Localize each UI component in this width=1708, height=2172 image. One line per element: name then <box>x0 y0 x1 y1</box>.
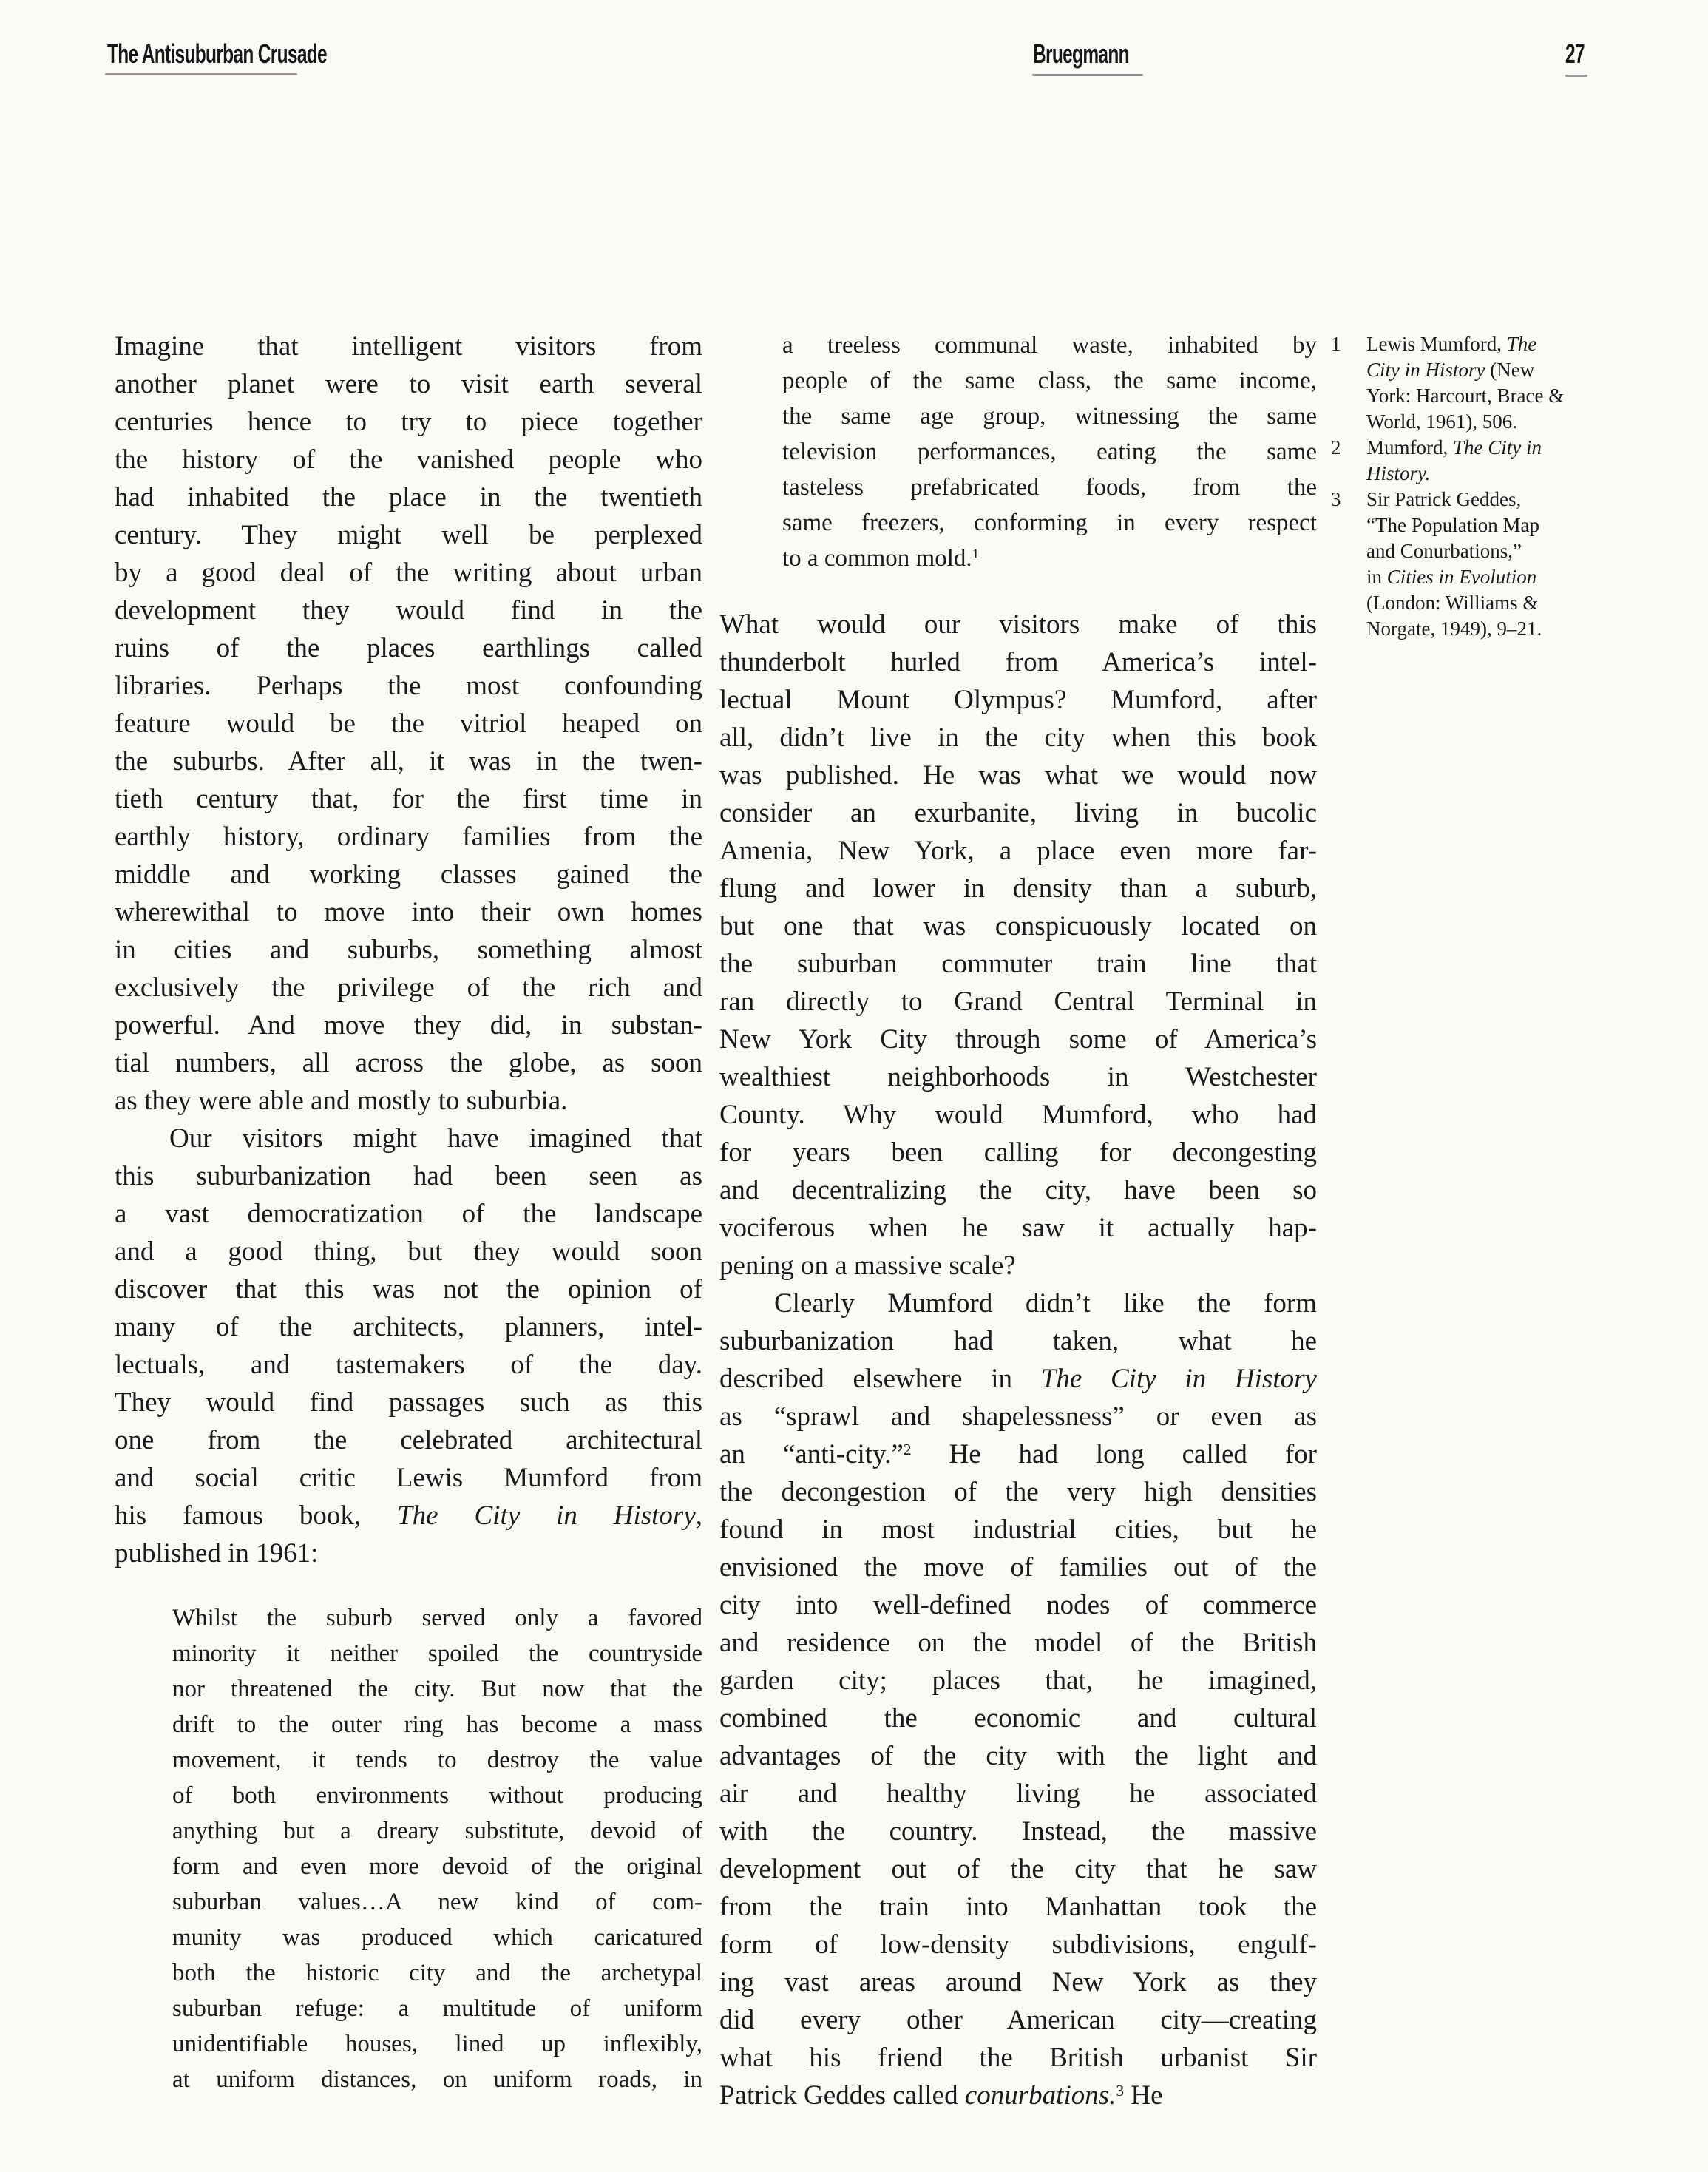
footnote-text: Lewis Mumford, TheCity in History (NewYo… <box>1366 331 1619 435</box>
footnote-number: 1 <box>1331 331 1366 435</box>
left-column: Imagine that intelligent visitors froman… <box>115 328 702 2097</box>
page-number-rule <box>1565 75 1587 77</box>
chapter-title: The Antisuburban Crusade <box>107 38 327 70</box>
author-rule <box>1032 74 1143 76</box>
footnote: 1 Lewis Mumford, TheCity in History (New… <box>1331 331 1619 435</box>
footnote-number: 2 <box>1331 435 1366 487</box>
right-column: a treeless communal waste, inhabited byp… <box>719 328 1317 2114</box>
paragraph-clearly-mumford: Clearly Mumford didn’t like the formsubu… <box>719 1285 1317 2114</box>
footnote: 3 Sir Patrick Geddes,“The Population Map… <box>1331 487 1619 642</box>
running-head-author: Bruegmann <box>1033 38 1129 70</box>
footnote-text: Mumford, The City inHistory. <box>1366 435 1619 487</box>
footnote-text: Sir Patrick Geddes,“The Population Mapan… <box>1366 487 1619 642</box>
footnote-number: 3 <box>1331 487 1366 642</box>
footnote: 2 Mumford, The City inHistory. <box>1331 435 1619 487</box>
paragraph-opening: Imagine that intelligent visitors froman… <box>115 328 702 1120</box>
block-quote-mumford: Whilst the suburb served only a favoredm… <box>172 1600 702 2097</box>
paragraph-our-visitors: Our visitors might have imagined thatthi… <box>115 1120 702 1572</box>
paragraph-what-would: What would our visitors make of thisthun… <box>719 606 1317 1285</box>
book-page: The Antisuburban Crusade Bruegmann 27 Im… <box>0 0 1708 2172</box>
page-number: 27 <box>1565 38 1585 70</box>
block-quote-continuation: a treeless communal waste, inhabited byp… <box>782 328 1317 576</box>
footnotes-column: 1 Lewis Mumford, TheCity in History (New… <box>1331 331 1619 642</box>
title-rule <box>105 73 297 75</box>
